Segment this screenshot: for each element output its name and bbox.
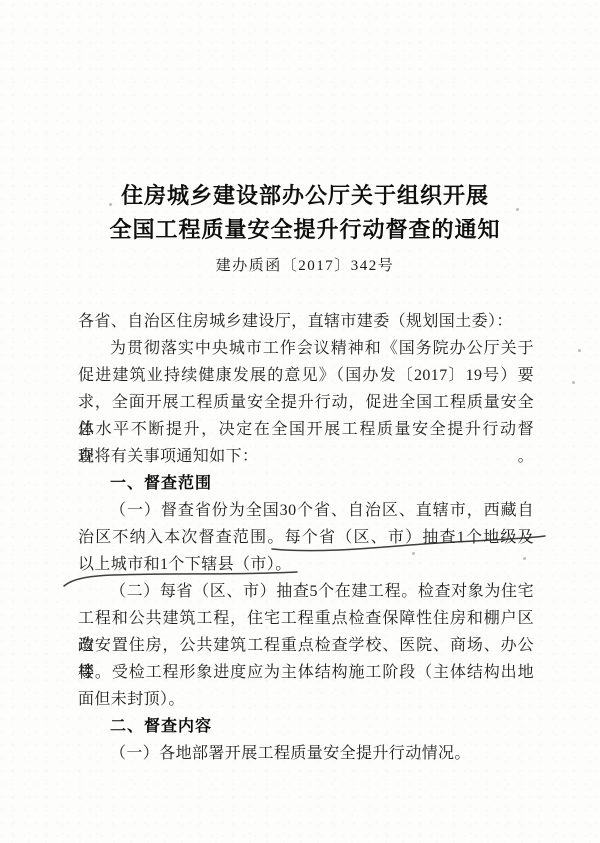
section-heading-2: 二、督查内容 bbox=[78, 713, 534, 740]
body-line-salutation: 各省、自治区住房城乡建设厅，直辖市建委（规划国土委）： bbox=[78, 308, 534, 335]
scan-speck bbox=[523, 557, 526, 560]
body-line: （一）督查省份为全国30个省、自治区、直辖市，西藏自 bbox=[78, 497, 534, 524]
scan-speck bbox=[516, 208, 519, 211]
body-line: （一）各地部署开展工程质量安全提升行动情况。 bbox=[78, 740, 534, 767]
body-line-underlined: 以上城市和1个下辖县（市）。 bbox=[78, 551, 534, 578]
document-number: 建办质函〔2017〕342号 bbox=[70, 254, 540, 275]
document-title-line-2: 全国工程质量安全提升行动督查的通知 bbox=[70, 213, 540, 244]
scan-speck bbox=[412, 552, 415, 555]
body-line-underlined: 治区不纳入本次督查范围。每个省（区、市）抽查1个地级及 bbox=[78, 524, 534, 551]
body-line: 求，全面开展工程质量安全提升行动，促进全国工程质量安全总 bbox=[78, 389, 534, 416]
document-title-line-1: 住房城乡建设部办公厅关于组织开展 bbox=[70, 179, 540, 210]
body-line: 现将有关事项通知如下： bbox=[78, 443, 534, 470]
section-heading-1: 一、督查范围 bbox=[78, 470, 534, 497]
body-line: 体水平不断提升，决定在全国开展工程质量安全提升行动督查。 bbox=[78, 416, 534, 443]
body-line: （二）每省（区、市）抽查5个在建工程。检查对象为住宅 bbox=[78, 578, 534, 605]
scan-speck bbox=[578, 349, 581, 352]
body-line: 为贯彻落实中央城市工作会议精神和《国务院办公厅关于 bbox=[78, 335, 534, 362]
body-line: 造安置住房，公共建筑工程重点检查学校、医院、商场、办公楼 bbox=[78, 632, 534, 659]
body-line: 工程和公共建筑工程，住宅工程重点检查保障性住房和棚户区改 bbox=[78, 605, 534, 632]
scan-speck bbox=[109, 203, 112, 206]
body-line: 促进建筑业持续健康发展的意见》（国办发〔2017〕19号）要 bbox=[78, 362, 534, 389]
scan-speck bbox=[418, 757, 421, 760]
body-line: 面但未封顶）。 bbox=[78, 686, 534, 713]
body-line: 等。受检工程形象进度应为主体结构施工阶段（主体结构出地 bbox=[78, 659, 534, 686]
scanned-document-page: 住房城乡建设部办公厅关于组织开展 全国工程质量安全提升行动督查的通知 建办质函〔… bbox=[0, 0, 600, 843]
scan-speck bbox=[572, 381, 575, 384]
